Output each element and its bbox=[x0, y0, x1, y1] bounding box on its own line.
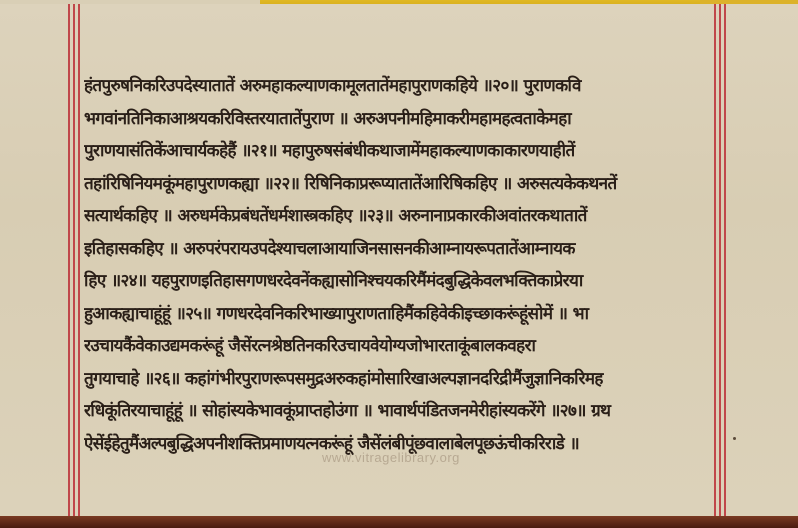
text-line: हिए ॥२४॥ यहपुराणइतिहासगणधरदेवनेंकह्यासोन… bbox=[84, 265, 724, 298]
left-margin-rule bbox=[73, 4, 75, 516]
manuscript-text: हंतपुरुषनिकरिउपदेस्यातातें अरुमहाकल्याणक… bbox=[84, 70, 724, 460]
left-margin-rule bbox=[68, 4, 70, 516]
watermark: www.vitragelibrary.org bbox=[322, 450, 460, 465]
text-line: तुगयाचाहे ॥२६॥ कहांगंभीरपुराणरूपसमुद्रअर… bbox=[84, 363, 724, 396]
wooden-edge bbox=[0, 516, 798, 528]
right-margin-rule bbox=[724, 4, 726, 516]
text-line: हंतपुरुषनिकरिउपदेस्यातातें अरुमहाकल्याणक… bbox=[84, 70, 724, 103]
ink-speck bbox=[733, 437, 736, 440]
text-line: इतिहासकहिए ॥ अरुपरंपरायउपदेश्याचलाआयाजिन… bbox=[84, 233, 724, 266]
text-line: पुराणयासंतिकेंआचार्यकहेहैं ॥२१॥ महापुरुष… bbox=[84, 135, 724, 168]
text-line: हुआकह्याचाहूंहूं ॥२५॥ गणधरदेवनिकरिभाख्या… bbox=[84, 298, 724, 331]
text-line: रधिकूंतिरयाचाहूंहूं ॥ सोहांस्यकेभावकूंप्… bbox=[84, 395, 724, 428]
text-line: सत्यार्थकहिए ॥ अरुधर्मकेप्रबंधतेंधर्मशास… bbox=[84, 200, 724, 233]
text-line: तहांरिषिनियमकूंमहापुराणकह्या ॥२२॥ रिषिनि… bbox=[84, 168, 724, 201]
left-margin-rule bbox=[78, 4, 80, 516]
text-line: रउचायकैंवेकाउद्यमकरूंहूं जैसेंरत्नश्रेष्… bbox=[84, 330, 724, 363]
text-line: भगवांनतिनिकाआश्रयकरिविस्तरयातातेंपुराण ॥… bbox=[84, 103, 724, 136]
